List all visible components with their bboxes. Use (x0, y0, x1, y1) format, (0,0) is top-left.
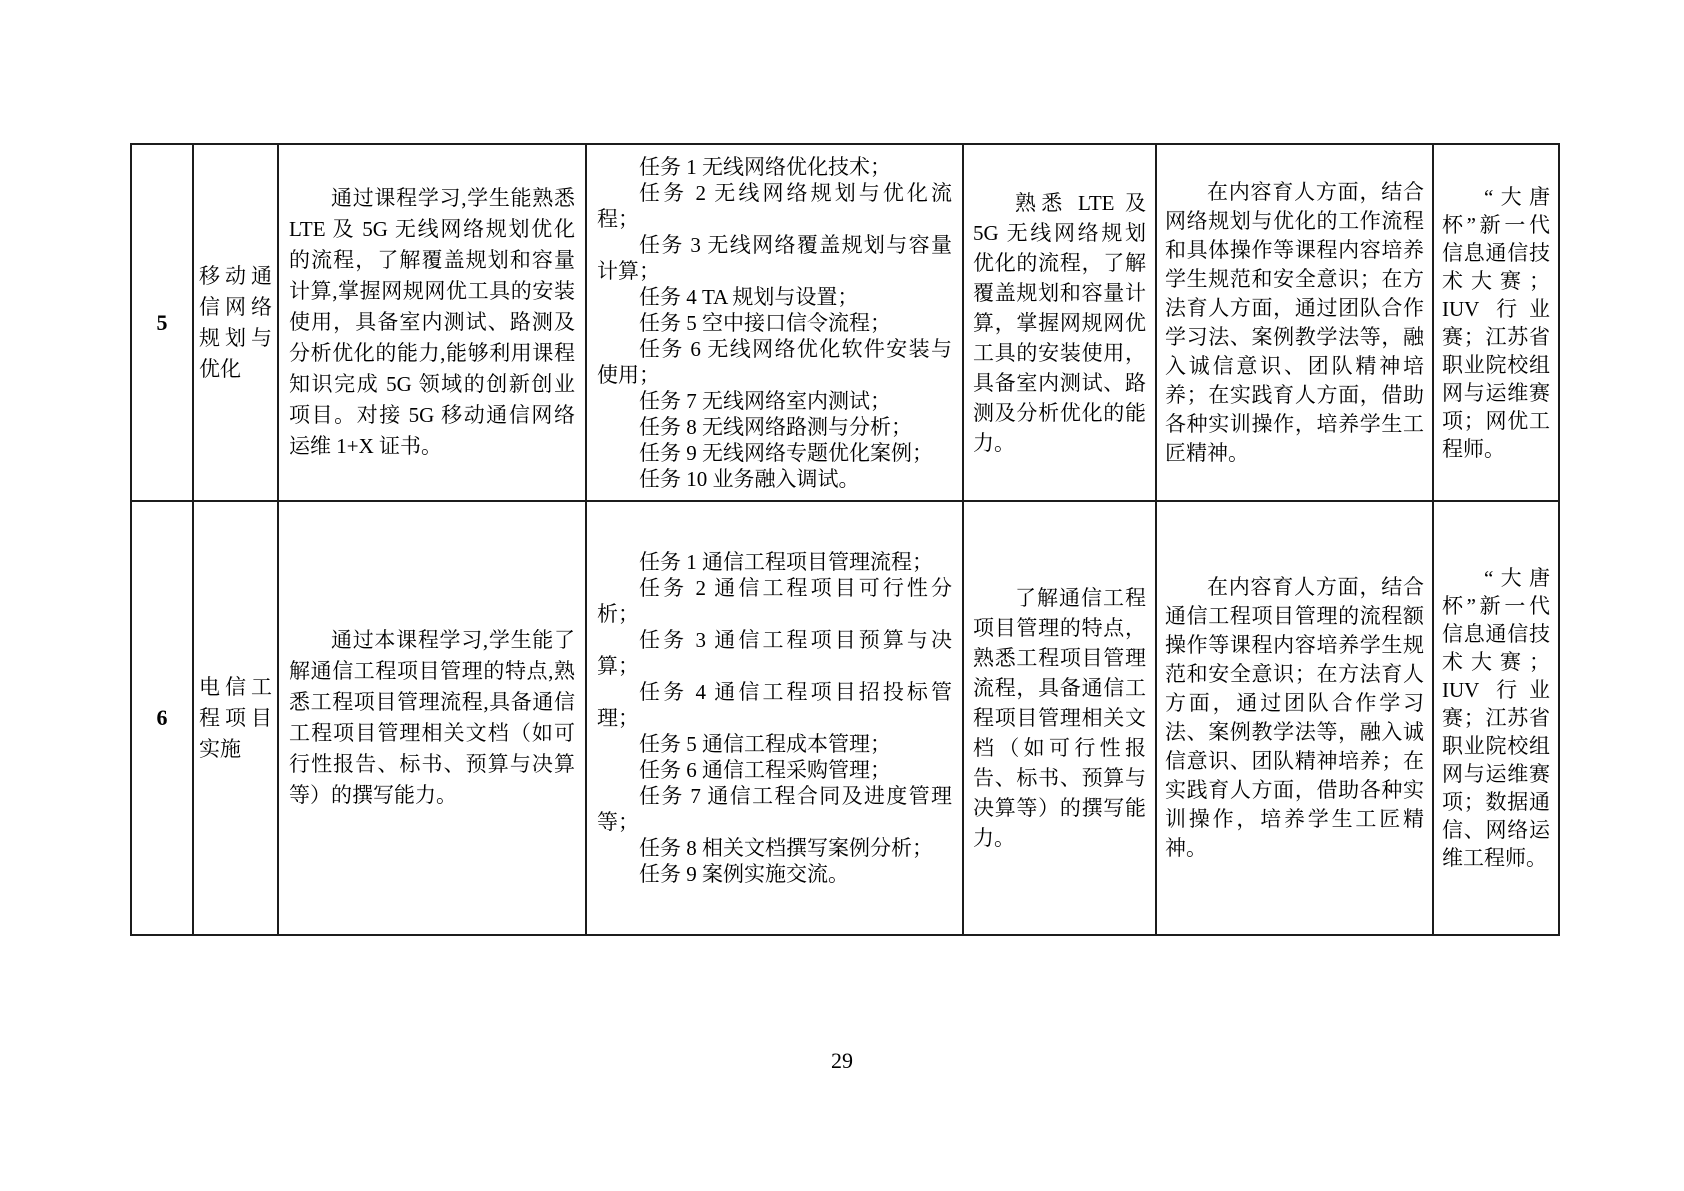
moral-education-cell: 在内容育人方面，结合通信工程项目管理的流程额操作等课程内容培养学生规范和安全意识… (1156, 501, 1433, 935)
task-item: 任务 5 空中接口信令流程； (597, 310, 952, 336)
task-item: 任务 6 通信工程采购管理； (597, 757, 952, 783)
tasks-cell: 任务 1 无线网络优化技术； 任务 2 无线网络规划与优化流程； 任务 3 无线… (586, 144, 963, 501)
requirements-text: 熟悉 LTE 及 5G 无线网络规划优化的流程，了解覆盖规划和容量计算，掌握网规… (973, 188, 1146, 458)
row-number: 5 (157, 310, 168, 335)
course-description-cell: 通过课程学习,学生能熟悉 LTE 及 5G 无线网络规划优化的流程，了解覆盖规划… (278, 144, 586, 501)
task-item: 任务 9 无线网络专题优化案例； (597, 440, 952, 466)
task-item: 任务 7 无线网络室内测试； (597, 388, 952, 414)
course-name-cell: 电信工程项目实施 (193, 501, 278, 935)
course-description: 通过本课程学习,学生能了解通信工程项目管理的特点,熟悉工程项目管理流程,具备通信… (289, 625, 575, 811)
task-item: 任务 9 案例实施交流。 (597, 861, 952, 887)
task-item: 任务 4 通信工程项目招投标管理； (597, 679, 952, 731)
task-item: 任务 3 无线网络覆盖规划与容量计算； (597, 232, 952, 284)
course-description: 通过课程学习,学生能熟悉 LTE 及 5G 无线网络规划优化的流程，了解覆盖规划… (289, 183, 575, 462)
task-item: 任务 3 通信工程项目预算与决算； (597, 627, 952, 679)
task-item: 任务 1 无线网络优化技术； (597, 154, 952, 180)
task-item: 任务 10 业务融入调试。 (597, 466, 952, 492)
course-name: 移动通信网络规划与优化 (199, 261, 272, 385)
competitions-cell: “大唐杯”新一代信息通信技术大赛；IUV 行业赛；江苏省职业院校组网与运维赛项；… (1433, 501, 1559, 935)
requirements-cell: 了解通信工程项目管理的特点，熟悉工程项目管理流程，具备通信工程项目管理相关文档（… (963, 501, 1156, 935)
page-number: 29 (0, 1048, 1684, 1074)
competitions-cell: “大唐杯”新一代信息通信技术大赛；IUV 行业赛；江苏省职业院校组网与运维赛项；… (1433, 144, 1559, 501)
requirements-text: 了解通信工程项目管理的特点，熟悉工程项目管理流程，具备通信工程项目管理相关文档（… (973, 583, 1146, 853)
task-item: 任务 2 通信工程项目可行性分析； (597, 575, 952, 627)
course-table: 5 移动通信网络规划与优化 通过课程学习,学生能熟悉 LTE 及 5G 无线网络… (130, 143, 1560, 936)
requirements-cell: 熟悉 LTE 及 5G 无线网络规划优化的流程，了解覆盖规划和容量计算，掌握网规… (963, 144, 1156, 501)
task-item: 任务 8 无线网络路测与分析； (597, 414, 952, 440)
moral-education-text: 在内容育人方面，结合通信工程项目管理的流程额操作等课程内容培养学生规范和安全意识… (1165, 573, 1424, 863)
task-item: 任务 5 通信工程成本管理； (597, 731, 952, 757)
task-item: 任务 6 无线网络优化软件安装与使用； (597, 336, 952, 388)
competitions-text: “大唐杯”新一代信息通信技术大赛；IUV 行业赛；江苏省职业院校组网与运维赛项；… (1442, 564, 1550, 872)
row-number-cell: 6 (131, 501, 193, 935)
tasks-cell: 任务 1 通信工程项目管理流程； 任务 2 通信工程项目可行性分析； 任务 3 … (586, 501, 963, 935)
course-name-cell: 移动通信网络规划与优化 (193, 144, 278, 501)
moral-education-text: 在内容育人方面，结合网络规划与优化的工作流程和具体操作等课程内容培养学生规范和安… (1165, 178, 1424, 468)
row-number: 6 (157, 705, 168, 730)
task-item: 任务 1 通信工程项目管理流程； (597, 549, 952, 575)
document-page: 5 移动通信网络规划与优化 通过课程学习,学生能熟悉 LTE 及 5G 无线网络… (0, 0, 1684, 1191)
table-row-6: 6 电信工程项目实施 通过本课程学习,学生能了解通信工程项目管理的特点,熟悉工程… (131, 501, 1559, 935)
task-item: 任务 8 相关文档撰写案例分析； (597, 835, 952, 861)
course-description-cell: 通过本课程学习,学生能了解通信工程项目管理的特点,熟悉工程项目管理流程,具备通信… (278, 501, 586, 935)
course-name: 电信工程项目实施 (199, 672, 272, 765)
task-item: 任务 4 TA 规划与设置； (597, 284, 952, 310)
task-item: 任务 2 无线网络规划与优化流程； (597, 180, 952, 232)
moral-education-cell: 在内容育人方面，结合网络规划与优化的工作流程和具体操作等课程内容培养学生规范和安… (1156, 144, 1433, 501)
competitions-text: “大唐杯”新一代信息通信技术大赛；IUV 行业赛；江苏省职业院校组网与运维赛项；… (1442, 183, 1550, 463)
row-number-cell: 5 (131, 144, 193, 501)
task-item: 任务 7 通信工程合同及进度管理等； (597, 783, 952, 835)
table-row-5: 5 移动通信网络规划与优化 通过课程学习,学生能熟悉 LTE 及 5G 无线网络… (131, 144, 1559, 501)
